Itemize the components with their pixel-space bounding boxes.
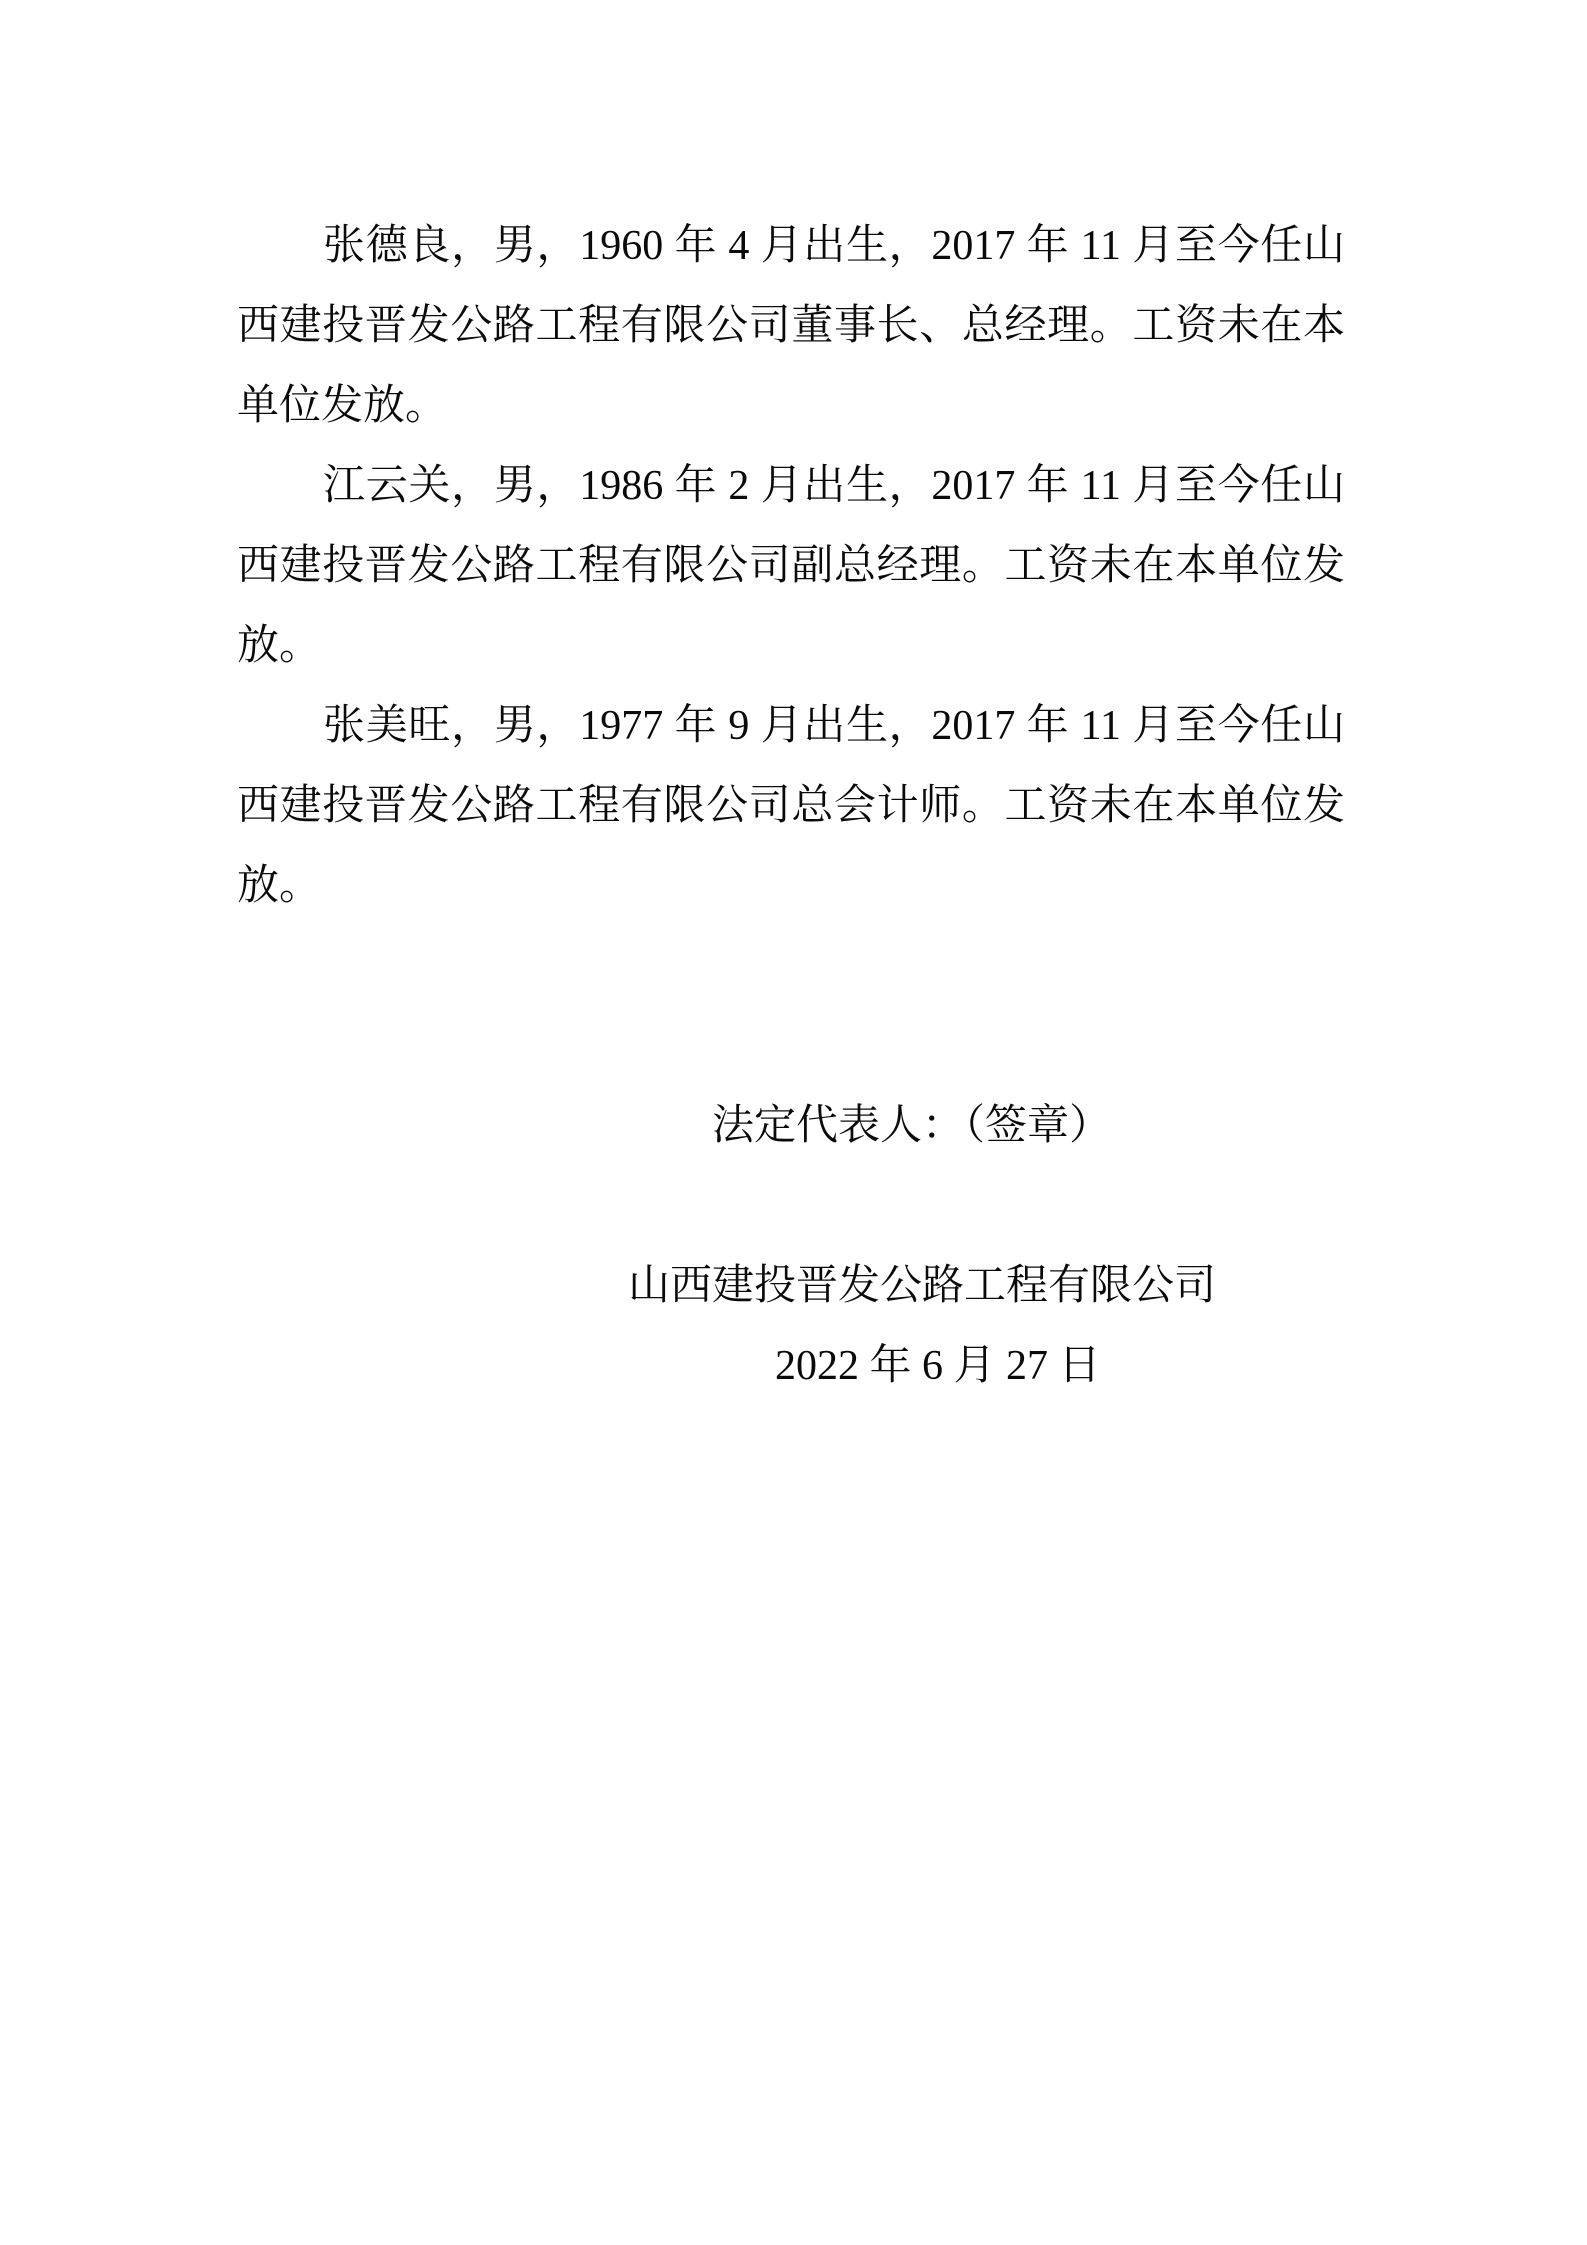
spacer (237, 1166, 1345, 1246)
paragraph-1-line-2: 西建投晋发公路工程有限公司董事长、总经理。工资未在本 (237, 286, 1345, 366)
paragraph-3-line-3: 放。 (237, 846, 1345, 926)
spacer (237, 926, 1345, 1006)
paragraph-2-line-3: 放。 (237, 606, 1345, 686)
date-line: 2022 年 6 月 27 日 (237, 1326, 1345, 1406)
document-body: 张德良，男，1960 年 4 月出生，2017 年 11 月至今任山 西建投晋发… (237, 206, 1345, 1406)
legal-representative-line: 法定代表人：（签章） (237, 1086, 1345, 1166)
paragraph-2-line-2: 西建投晋发公路工程有限公司副总经理。工资未在本单位发 (237, 526, 1345, 606)
paragraph-3-line-1: 张美旺，男，1977 年 9 月出生，2017 年 11 月至今任山 (237, 686, 1345, 766)
paragraph-3-line-2: 西建投晋发公路工程有限公司总会计师。工资未在本单位发 (237, 766, 1345, 846)
company-name-line: 山西建投晋发公路工程有限公司 (237, 1246, 1345, 1326)
spacer (237, 1006, 1345, 1086)
paragraph-2-line-1: 江云关，男，1986 年 2 月出生，2017 年 11 月至今任山 (237, 446, 1345, 526)
document-page: 张德良，男，1960 年 4 月出生，2017 年 11 月至今任山 西建投晋发… (0, 0, 1587, 2245)
paragraph-1-line-3: 单位发放。 (237, 366, 1345, 446)
paragraph-1-line-1: 张德良，男，1960 年 4 月出生，2017 年 11 月至今任山 (237, 206, 1345, 286)
